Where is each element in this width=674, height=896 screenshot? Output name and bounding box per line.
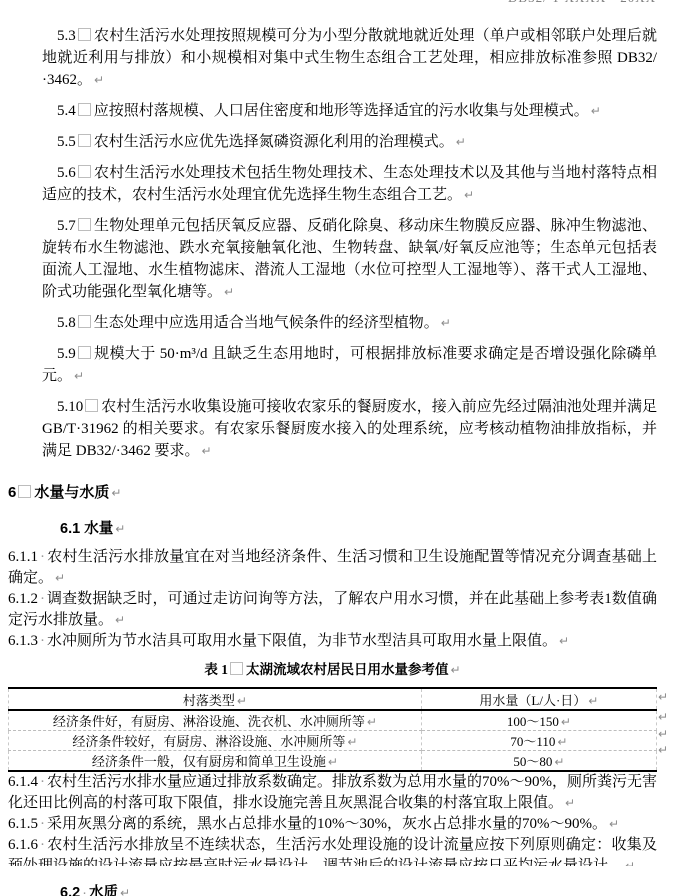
table-row: 经济条件一般，仅有厨房和简单卫生设施↵ 50～80↵ [9,751,657,772]
water-usage-cell: 50～80↵ [421,751,656,772]
space-mark: · [40,591,45,607]
table-label: 表 1 [204,662,228,677]
clause-text: 农村生活污水排放呈不连续状态，生活污水处理设施的设计流量应按下列原则确定：收集及… [8,837,657,866]
table-row: 经济条件较好，有厨房、淋浴设施、水冲厕所等↵ 70～110↵ [9,731,657,751]
clause-number: 6.1.3 [8,633,38,649]
paragraph-mark-icon: ↵ [74,369,84,383]
table-row: 经济条件好，有厨房、淋浴设施、洗衣机、水冲厕所等↵ 100～150↵ [9,710,657,731]
table-header-row: 村落类型↵ 用水量（L/人·日）↵ [9,688,657,710]
cell-mark-icon: ↵ [588,694,598,708]
clause-5-3: 5.3农村生活污水处理按照规模可分为小型分散就地就近处理（单户或相邻联户处理后就… [8,25,657,91]
clause-number: 6.1.4 [8,774,38,790]
chapter-title: 水量与水质 [34,484,109,501]
clause-number: 5.9 [57,346,76,362]
clause-number: 6.1.1 [8,549,38,565]
fullwidth-space-mark [85,399,98,412]
section-6-1-heading: 6.1 水量↵ [8,518,657,540]
paragraph-mark-icon: ↵ [224,285,234,299]
clause-5-4: 5.4应按照村落规模、人口居住密度和地形等选择适宜的污水收集与处理模式。↵ [8,100,657,122]
clause-number: 6.1.5 [8,816,38,832]
document-page: 5.3农村生活污水处理按照规模可分为小型分散就地就近处理（单户或相邻联户处理后就… [0,0,674,896]
paragraph-mark-icon: ↵ [625,859,635,866]
paragraph-mark-icon: ↵ [120,886,130,896]
clause-number: 5.3 [57,28,76,44]
clause-5-10: 5.10农村生活污水收集设施可接收农家乐的餐厨废水，接入前应先经过隔油池处理并满… [8,396,657,462]
clause-6-1-1: 6.1.1·农村生活污水排放量宜在对当地经济条件、生活习惯和卫生设施配置等情况充… [8,547,657,589]
clause-number: 5.10 [57,399,83,415]
clause-number: 5.7 [57,218,76,234]
clause-text: 农村生活污水排放量宜在对当地经济条件、生活习惯和卫生设施配置等情况充分调查基础上… [8,549,657,586]
clause-6-1-2: 6.1.2·调查数据缺乏时，可通过走访问询等方法，了解农户用水习惯，并在此基础上… [8,589,657,631]
clause-number: 5.6 [57,165,76,181]
fullwidth-space-mark [18,485,31,498]
paragraph-mark-icon: ↵ [451,663,461,677]
chapter-number: 6 [8,484,16,501]
clause-text: 应按照村落规模、人口居住密度和地形等选择适宜的污水收集与处理模式。 [94,103,589,119]
village-type-cell: 经济条件一般，仅有厨房和简单卫生设施↵ [9,751,422,772]
water-usage-cell: 70～110↵ [421,731,656,751]
clause-text: 生物处理单元包括厌氧反应器、反硝化除臭、移动床生物膜反应器、脉冲生物滤池、旋转布… [42,218,657,300]
clause-text: 规模大于 50·m³/d 且缺乏生态用地时，可根据排放标准要求确定是否增设强化除… [42,346,657,384]
paragraph-mark-icon: ↵ [111,486,121,500]
clause-5-5: 5.5农村生活污水应优先选择氮磷资源化利用的治理模式。↵ [8,131,657,153]
fullwidth-space-mark [78,218,91,231]
fullwidth-space-mark [78,346,91,359]
paragraph-mark-icon: ↵ [115,522,125,536]
paragraph-mark-icon: ↵ [591,104,601,118]
cell-mark-icon: ↵ [557,735,567,749]
clause-text: 采用灰黑分离的系统，黑水占总排水量的10%～30%，灰水占总排水量的70%～90… [47,816,607,832]
fullwidth-space-mark [78,165,91,178]
paragraph-mark-icon: ↵ [464,188,474,202]
space-mark: · [40,633,45,649]
row-end-mark-icon: ↵ [658,743,668,757]
paragraph-mark-icon: ↵ [559,634,569,648]
cell-mark-icon: ↵ [347,735,357,749]
space-mark: · [82,885,87,896]
clause-number: 6.1.6 [8,837,38,853]
clause-5-9: 5.9规模大于 50·m³/d 且缺乏生态用地时，可根据排放标准要求确定是否增设… [8,343,657,387]
clause-number: 5.8 [57,315,76,331]
paragraph-mark-icon: ↵ [94,73,104,87]
clause-text: 调查数据缺乏时，可通过走访问询等方法，了解农户用水习惯，并在此基础上参考表1数值… [8,591,657,628]
paragraph-mark-icon: ↵ [456,135,466,149]
clause-number: 5.4 [57,103,76,119]
paragraph-mark-icon: ↵ [441,316,451,330]
village-type-cell: 经济条件好，有厨房、淋浴设施、洗衣机、水冲厕所等↵ [9,710,422,731]
column-header-water-usage: 用水量（L/人·日）↵ [421,688,656,710]
fullwidth-space-mark [78,315,91,328]
clause-text: 生态处理中应选用适合当地气候条件的经济型植物。 [94,315,439,331]
clause-5-6: 5.6农村生活污水处理技术包括生物处理技术、生态处理技术以及其他与当地村落特点相… [8,162,657,206]
clause-6-1-3: 6.1.3·水冲厕所为节水洁具可取用水量下限值，为非节水型洁具可取用水量上限值。… [8,631,657,652]
section-6-2-heading: 6.2·水质↵ [8,882,657,896]
clause-6-1-6: 6.1.6·农村生活污水排放呈不连续状态，生活污水处理设施的设计流量应按下列原则… [8,835,657,866]
clause-number: 5.5 [57,134,76,150]
section-number: 6.2 [60,885,80,896]
paragraph-mark-icon: ↵ [202,444,212,458]
clause-number: 6.1.2 [8,591,38,607]
clause-text: 农村生活污水排水量应通过排放系数确定。排放系数为总用水量的70%～90%，厕所粪… [8,774,657,811]
row-end-mark-icon: ↵ [658,710,668,724]
paragraph-mark-icon: ↵ [565,796,575,810]
water-usage-cell: 100～150↵ [421,710,656,731]
section-title: 水量 [84,521,113,537]
space-mark: · [40,816,45,832]
clause-text: 农村生活污水处理按照规模可分为小型分散就地就近处理（单户或相邻联户处理后就地就近… [42,28,657,88]
section-number: 6.1 [60,521,80,537]
row-end-mark-icon: ↵ [658,727,668,741]
paragraph-mark-icon: ↵ [55,571,65,585]
space-mark: · [40,549,45,565]
paragraph-mark-icon: ↵ [609,817,619,831]
cell-mark-icon: ↵ [328,755,338,769]
clause-text: 农村生活污水收集设施可接收农家乐的餐厨废水，接入前应先经过隔油池处理并满足 GB… [42,399,657,459]
clause-6-1-5: 6.1.5·采用灰黑分离的系统，黑水占总排水量的10%～30%，灰水占总排水量的… [8,814,657,835]
chapter-6-heading: 6水量与水质↵ [8,482,657,504]
fullwidth-space-mark [78,103,91,116]
fullwidth-space-mark [78,134,91,147]
clause-text: 农村生活污水处理技术包括生物处理技术、生态处理技术以及其他与当地村落特点相适应的… [42,165,657,203]
cell-mark-icon: ↵ [554,755,564,769]
table-1-wrap: 村落类型↵ 用水量（L/人·日）↵ 经济条件好，有厨房、淋浴设施、洗衣机、水冲厕… [8,687,657,772]
village-type-cell: 经济条件较好，有厨房、淋浴设施、水冲厕所等↵ [9,731,422,751]
clause-6-1-4: 6.1.4·农村生活污水排水量应通过排放系数确定。排放系数为总用水量的70%～9… [8,772,657,814]
cell-mark-icon: ↵ [237,694,247,708]
clause-5-8: 5.8生态处理中应选用适合当地气候条件的经济型植物。↵ [8,312,657,334]
row-end-mark-icon: ↵ [658,690,668,704]
clause-text: 农村生活污水应优先选择氮磷资源化利用的治理模式。 [94,134,454,150]
fullwidth-space-mark [230,662,243,675]
space-mark: · [40,837,45,853]
cell-mark-icon: ↵ [367,715,377,729]
table-title: 太湖流域农村居民日用水量参考值 [246,662,449,677]
clause-5-7: 5.7生物处理单元包括厌氧反应器、反硝化除臭、移动床生物膜反应器、脉冲生物滤池、… [8,215,657,303]
space-mark: · [40,774,45,790]
table-1: 村落类型↵ 用水量（L/人·日）↵ 经济条件好，有厨房、淋浴设施、洗衣机、水冲厕… [8,687,657,772]
section-title: 水质 [89,885,118,896]
clause-text: 水冲厕所为节水洁具可取用水量下限值，为非节水型洁具可取用水量上限值。 [47,633,557,649]
paragraph-mark-icon: ↵ [115,613,125,627]
fullwidth-space-mark [78,28,91,41]
table-1-caption: 表 1太湖流域农村居民日用水量参考值↵ [8,659,657,681]
cell-mark-icon: ↵ [561,715,571,729]
column-header-village-type: 村落类型↵ [9,688,422,710]
